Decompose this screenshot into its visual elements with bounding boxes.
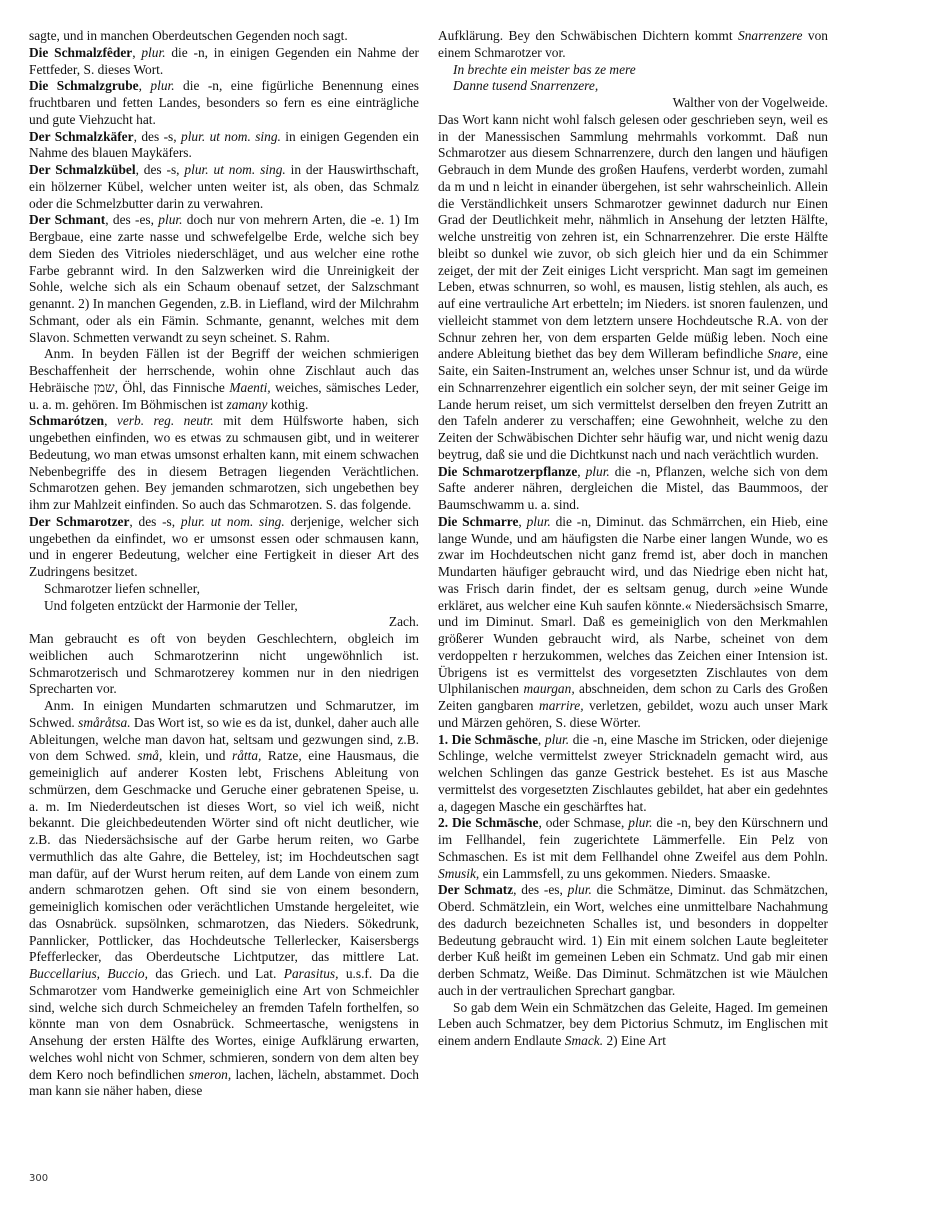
headword: Schmarótzen (29, 413, 104, 428)
verse-line: Und folgeten entzückt der Harmonie der T… (29, 598, 419, 615)
headword: Der Schmalzkäfer (29, 129, 134, 144)
text-run: , (104, 413, 117, 428)
italic-term: In brechte ein meister bas ze mere (453, 62, 636, 77)
headword: Die Schmalzfêder (29, 45, 132, 60)
text-paragraph: Aufklärung. Bey den Schwäbischen Dichter… (438, 28, 828, 62)
italic-term: råtta, (232, 748, 261, 763)
text-paragraph: sagte, und in manchen Oberdeutschen Gege… (29, 28, 419, 45)
italic-term: småråtsa. (78, 715, 130, 730)
italic-term: Maenti, (229, 380, 270, 395)
text-run: Walther von der Vogelweide. (673, 95, 828, 110)
text-run: Aufklärung. Bey den Schwäbischen Dichter… (438, 28, 738, 43)
headword: Der Schmarotzer (29, 514, 129, 529)
text-run: , des -s, (129, 514, 180, 529)
text-run: Zach. (389, 614, 419, 629)
text-run: 2) Eine Art (603, 1033, 666, 1048)
text-paragraph: Man gebraucht es oft von beyden Geschlec… (29, 631, 419, 698)
dictionary-entry: Der Schmant, des -es, plur. doch nur von… (29, 212, 419, 346)
dictionary-entry: Die Schmalzfêder, plur. die -n, in einig… (29, 45, 419, 79)
dictionary-entry: Schmarótzen, verb. reg. neutr. mit dem H… (29, 413, 419, 514)
italic-term: Buccellarius, Buccio, (29, 966, 148, 981)
left-column: sagte, und in manchen Oberdeutschen Gege… (29, 28, 419, 1100)
verse-line: Danne tusend Snarrenzere, (438, 78, 828, 95)
italic-term: smeron, (189, 1067, 231, 1082)
text-run: Ratze, eine Hausmaus, die gemeiniglich a… (29, 748, 419, 964)
text-run: , (518, 514, 526, 529)
quote-source: Zach. (29, 614, 419, 631)
italic-term: små, (137, 748, 162, 763)
headword: 2. Die Schmāsche (438, 815, 538, 830)
text-run: , des -s, (134, 129, 181, 144)
italic-term: plur. (586, 464, 610, 479)
italic-term: plur. (628, 815, 652, 830)
italic-term: plur. (545, 732, 569, 747)
text-run: das Griech. und Lat. (148, 966, 284, 981)
text-run: doch nur von mehrern Arten, die -e. 1) I… (29, 212, 419, 344)
italic-term: Danne tusend Snarrenzere, (453, 78, 598, 93)
italic-term: plur. (568, 882, 592, 897)
dictionary-entry: 2. Die Schmāsche, oder Schmase, plur. di… (438, 815, 828, 882)
text-run: Schmarotzer liefen schneller, (44, 581, 200, 596)
italic-term: plur. (527, 514, 551, 529)
headword: Die Schmarotzerpflanze (438, 464, 577, 479)
italic-term: maurgan, (523, 681, 574, 696)
text-run: klein, und (162, 748, 232, 763)
text-run: , (538, 732, 545, 747)
text-run: Das Wort kann nicht wohl falsch gelesen … (438, 112, 828, 362)
italic-term: marrire, (539, 698, 584, 713)
headword: Der Schmalzkübel (29, 162, 136, 177)
italic-term: Snarrenzere (738, 28, 802, 43)
italic-term: plur. (158, 212, 182, 227)
italic-term: plur. ut nom. sing. (184, 162, 285, 177)
dictionary-entry: Der Schmalzkübel, des -s, plur. ut nom. … (29, 162, 419, 212)
text-run: die Schmätze, Diminut. das Schmätzchen, … (438, 882, 828, 998)
page-number: 300 (29, 1173, 48, 1184)
italic-term: plur. (150, 78, 174, 93)
dictionary-page: sagte, und in manchen Oberdeutschen Gege… (0, 0, 935, 1210)
italic-term: plur. ut nom. sing. (181, 129, 281, 144)
verse-line: In brechte ein meister bas ze mere (438, 62, 828, 79)
headword: Die Schmarre (438, 514, 518, 529)
text-run: eine Saite, ein Saiten-Instrument an, we… (438, 346, 828, 462)
dictionary-entry: Der Schmatz, des -es, plur. die Schmätze… (438, 882, 828, 999)
text-run: Und folgeten entzückt der Harmonie der T… (44, 598, 298, 613)
text-run: kothig. (267, 397, 308, 412)
italic-term: Parasitus, (284, 966, 339, 981)
italic-term: Smack. (565, 1033, 603, 1048)
text-run: , oder Schmase, (538, 815, 628, 830)
dictionary-entry: 1. Die Schmāsche, plur. die -n, eine Mas… (438, 732, 828, 816)
italic-term: Snare, (767, 346, 801, 361)
italic-term: zamany (226, 397, 267, 412)
text-run: die -n, Diminut. das Schmärrchen, ein Hi… (438, 514, 828, 697)
verse-line: Schmarotzer liefen schneller, (29, 581, 419, 598)
text-paragraph: Das Wort kann nicht wohl falsch gelesen … (438, 112, 828, 464)
dictionary-entry: Die Schmarotzerpflanze, plur. die -n, Pf… (438, 464, 828, 514)
text-run: ein Lammsfell, zu uns gekommen. Nieders.… (479, 866, 770, 881)
text-run: sagte, und in manchen Oberdeutschen Gege… (29, 28, 348, 43)
text-run: , des -s, (136, 162, 185, 177)
italic-term: Smusik, (438, 866, 479, 881)
text-run: , (132, 45, 141, 60)
italic-term: plur. ut nom. sing. (181, 514, 285, 529)
text-run: Man gebraucht es oft von beyden Geschlec… (29, 631, 419, 696)
text-run: , (577, 464, 585, 479)
text-run: u.s.f. Da die Schmarotzer vom Handwerke … (29, 966, 419, 1082)
text-run: , des -es, (105, 212, 158, 227)
headword: Der Schmatz (438, 882, 513, 897)
text-run: , des -es, (513, 882, 567, 897)
right-column: Aufklärung. Bey den Schwäbischen Dichter… (438, 28, 828, 1050)
dictionary-entry: Der Schmalzkäfer, des -s, plur. ut nom. … (29, 129, 419, 163)
annotation-paragraph: Anm. In beyden Fällen ist der Begriff de… (29, 346, 419, 413)
headword: 1. Die Schmāsche (438, 732, 538, 747)
annotation-paragraph: Anm. In einigen Mundarten schmarutzen un… (29, 698, 419, 1100)
text-run: , (139, 78, 151, 93)
italic-term: verb. reg. neutr. (117, 413, 214, 428)
dictionary-entry: Die Schmalzgrube, plur. die -n, eine fig… (29, 78, 419, 128)
headword: Der Schmant (29, 212, 105, 227)
annotation-paragraph: So gab dem Wein ein Schmätzchen das Gele… (438, 1000, 828, 1050)
dictionary-entry: Der Schmarotzer, des -s, plur. ut nom. s… (29, 514, 419, 581)
quote-source: Walther von der Vogelweide. (438, 95, 828, 112)
headword: Die Schmalzgrube (29, 78, 139, 93)
italic-term: plur. (141, 45, 165, 60)
dictionary-entry: Die Schmarre, plur. die -n, Diminut. das… (438, 514, 828, 732)
